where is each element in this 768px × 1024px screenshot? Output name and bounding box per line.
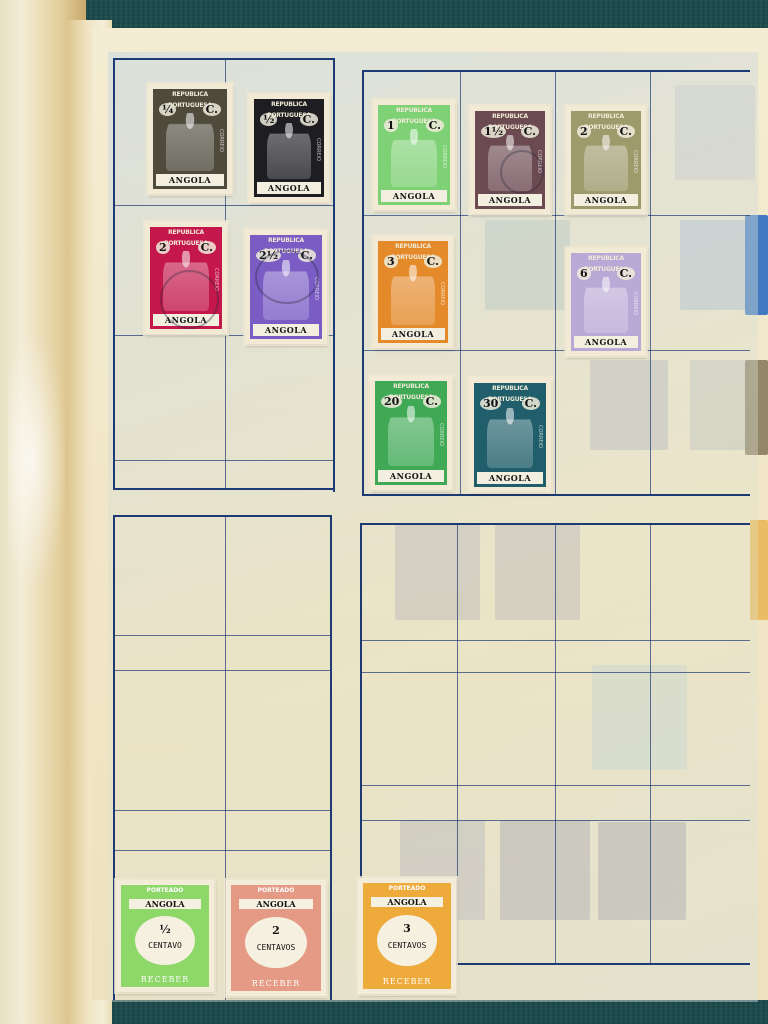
ceres-stamp: REPUBLICA PORTUGUESA ½ C. CORREIO ANGOLA [249,94,329,202]
stamp-country: ANGOLA [253,324,319,336]
stamp-header: REPUBLICA PORTUGUESA [254,99,324,110]
stamp-side-text: CORREIO [315,138,321,161]
stamp-country: ANGOLA [156,174,224,186]
grid-line [362,70,364,495]
stamp-value: 1½ [481,125,506,138]
stamp-currency: C. [617,125,635,138]
grid-line [460,72,461,494]
grid-line [113,850,331,851]
stamp-country: ANGOLA [381,190,447,202]
grid-line [330,515,332,1000]
stamp-country: ANGOLA [381,328,445,340]
grid-line [113,635,331,636]
stamp-header: REPUBLICA PORTUGUESA [153,89,227,100]
grid-line [113,488,335,490]
postage-due-stamp: PORTEADO ANGOLA 2 CENTAVOS RECEBER [226,880,326,996]
ceres-stamp: REPUBLICA PORTUGUESA 2 C. CORREIO ANGOLA [566,106,646,214]
stamp-country: ANGOLA [239,899,313,909]
stamp-value: 2 [156,241,170,254]
stamp-value: 3 [384,255,398,268]
stamp-face: REPUBLICA PORTUGUESA ¼ C. CORREIO ANGOLA [153,89,227,189]
stamp-header: REPUBLICA PORTUGUESA [475,111,545,122]
stamp-face: PORTEADO ANGOLA 2 CENTAVOS RECEBER [231,885,321,991]
stamp-face: REPUBLICA PORTUGUESA 20 C. CORREIO ANGOL… [375,381,447,485]
stamp-header: REPUBLICA PORTUGUESA [571,253,641,264]
ceres-figure-icon [388,406,434,466]
stamp-header: REPUBLICA PORTUGUESA [150,227,222,238]
ceres-stamp: REPUBLICA PORTUGUESA 6 C. CORREIO ANGOLA [566,248,646,356]
stamp-country: ANGOLA [378,470,444,482]
stamp-currency: C. [522,397,540,410]
stamp-footer: RECEBER [127,975,203,984]
grid-line [113,515,331,517]
stamp-header: PORTEADO [231,887,321,894]
stamp-header: PORTEADO [363,885,451,892]
stamp-country: ANGOLA [129,899,201,909]
ceres-figure-icon [391,265,436,324]
ceres-figure-icon [267,123,312,180]
stamp-face: REPUBLICA PORTUGUESA 1 C. CORREIO ANGOLA [378,105,450,205]
grid-line [113,515,115,1000]
stamp-value: 6 [577,267,591,280]
stamp-face: REPUBLICA PORTUGUESA ½ C. CORREIO ANGOLA [254,99,324,197]
stamp-value: 2 [577,125,591,138]
stamp-footer: RECEBER [369,977,445,986]
stamp-currency: C. [521,125,539,138]
postmark-icon [255,250,319,304]
grid-line [555,525,556,963]
stamp-face: PORTEADO ANGOLA 3 CENTAVOS RECEBER [363,883,451,989]
grid-line [362,350,750,351]
stamp-amount: 2 [231,924,321,937]
stamp-value: ¼ [159,103,176,116]
postage-due-stamp: PORTEADO ANGOLA ½ CENTAVO RECEBER [116,880,214,992]
ceres-figure-icon [391,129,437,187]
grid-line [362,215,750,216]
stamp-amount: ½ [121,923,209,936]
stamp-value: 20 [381,395,402,408]
ceres-stamp: REPUBLICA PORTUGUESA 20 C. CORREIO ANGOL… [370,376,452,490]
grid-line [555,72,556,494]
stamp-value: 30 [480,397,501,410]
stamp-currency: C. [617,267,635,280]
stamp-face: REPUBLICA PORTUGUESA 2 C. CORREIO ANGOLA [571,111,641,209]
grid-line [362,494,750,496]
ceres-stamp: REPUBLICA PORTUGUESA 3 C. CORREIO ANGOLA [373,236,453,348]
stamp-header: REPUBLICA PORTUGUESA [250,235,322,246]
ceres-stamp: REPUBLICA PORTUGUESA ¼ C. CORREIO ANGOLA [148,84,232,194]
stamp-header: REPUBLICA PORTUGUESA [375,381,447,392]
ceres-figure-icon [487,408,533,468]
stamp-footer: RECEBER [237,979,315,988]
postmark-icon [500,150,544,194]
stamp-side-text: CORREIO [632,150,638,173]
stamp-side-text: CORREIO [537,425,543,448]
stamp-currency: C. [426,119,444,132]
grid-line [333,60,335,492]
stamp-country: ANGOLA [371,897,443,907]
grid-line [360,785,750,786]
stamp-face: PORTEADO ANGOLA ½ CENTAVO RECEBER [121,885,209,987]
stamp-side-text: CORREIO [218,129,224,152]
grid-line [113,58,115,488]
stamp-face: REPUBLICA PORTUGUESA 6 C. CORREIO ANGOLA [571,253,641,351]
stamp-country: ANGOLA [574,336,638,348]
grid-line [113,670,331,671]
ceres-figure-icon [584,135,629,192]
grid-line [457,525,458,963]
grid-line [113,460,335,461]
stamp-unit: CENTAVO [121,941,209,950]
stamp-header: REPUBLICA PORTUGUESA [571,111,641,122]
grid-line [362,70,750,72]
grid-line [113,205,335,206]
ceres-stamp: REPUBLICA PORTUGUESA 1 C. CORREIO ANGOLA [373,100,455,210]
grid-line [360,640,750,641]
stamp-side-text: CORREIO [438,423,444,446]
stamp-header: REPUBLICA PORTUGUESA [378,241,448,252]
stamp-face: REPUBLICA PORTUGUESA 3 C. CORREIO ANGOLA [378,241,448,343]
stamp-currency: C. [203,103,221,116]
stamp-side-text: CORREIO [439,282,445,305]
stamp-currency: C. [300,113,318,126]
stamp-side-text: CORREIO [441,145,447,168]
stamp-unit: CENTAVOS [363,941,451,950]
stamp-country: ANGOLA [574,194,638,206]
stamp-country: ANGOLA [478,194,542,206]
ceres-figure-icon [166,113,213,171]
postmark-icon [160,270,219,329]
stamp-face: REPUBLICA PORTUGUESA 30 C. CORREIO ANGOL… [474,383,546,487]
stamp-amount: 3 [363,922,451,935]
stamp-unit: CENTAVOS [231,943,321,952]
stamp-currency: C. [198,241,216,254]
grid-line [360,672,750,673]
stamp-country: ANGOLA [257,182,321,194]
grid-line [360,820,750,821]
ceres-figure-icon [584,277,629,334]
stamp-value: ½ [260,113,277,126]
postage-due-stamp: PORTEADO ANGOLA 3 CENTAVOS RECEBER [358,878,456,994]
grid-line [650,72,651,494]
stamp-currency: C. [424,255,442,268]
grid-line [113,58,335,60]
stamp-header: REPUBLICA PORTUGUESA [474,383,546,394]
stamp-value: 1 [384,119,398,132]
stamp-header: PORTEADO [121,887,209,894]
grid-line [113,810,331,811]
stamp-currency: C. [423,395,441,408]
grid-line [650,525,651,963]
stamp-header: REPUBLICA PORTUGUESA [378,105,450,116]
stamp-side-text: CORREIO [632,292,638,315]
ceres-stamp: REPUBLICA PORTUGUESA 30 C. CORREIO ANGOL… [469,378,551,492]
stamp-country: ANGOLA [477,472,543,484]
